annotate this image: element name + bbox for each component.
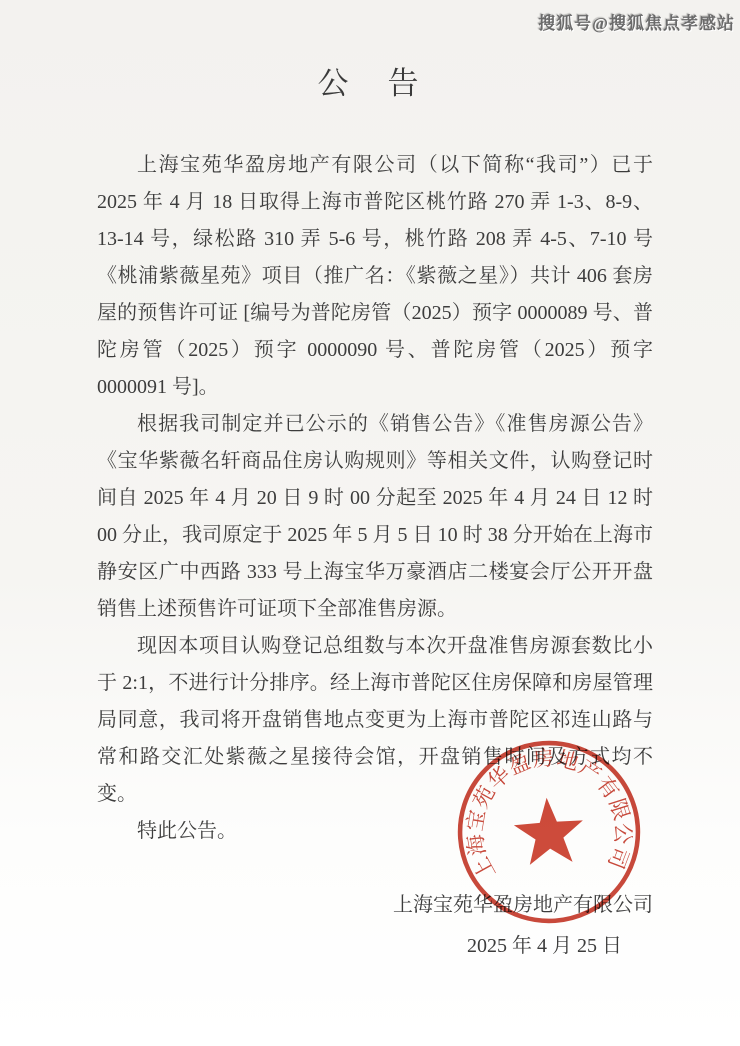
document-body: 上海宝苑华盈房地产有限公司（以下简称“我司”）已于 2025 年 4 月 18 …: [97, 147, 653, 965]
paragraph-license: 上海宝苑华盈房地产有限公司（以下简称“我司”）已于 2025 年 4 月 18 …: [97, 147, 653, 406]
page-title: 公 告: [0, 58, 740, 103]
sohu-watermark: 搜狐号@搜狐焦点孝感站: [538, 9, 735, 34]
paragraph-registration: 根据我司制定并已公示的《销售公告》《准售房源公告》《宝华紫薇名轩商品住房认购规则…: [97, 406, 653, 628]
paragraph-venue-change: 现因本项目认购登记总组数与本次开盘准售房源套数比小于 2:1，不进行计分排序。经…: [97, 628, 653, 813]
paragraph-closing: 特此公告。: [97, 813, 653, 850]
signature-block: 上海宝苑华盈房地产有限公司 2025 年 4 月 25 日: [97, 887, 653, 965]
announcement-page: 搜狐号@搜狐焦点孝感站 公 告 上海宝苑华盈房地产有限公司（以下简称“我司”）已…: [0, 0, 740, 1046]
signature-company: 上海宝苑华盈房地产有限公司: [97, 887, 653, 924]
signature-date: 2025 年 4 月 25 日: [97, 928, 653, 965]
